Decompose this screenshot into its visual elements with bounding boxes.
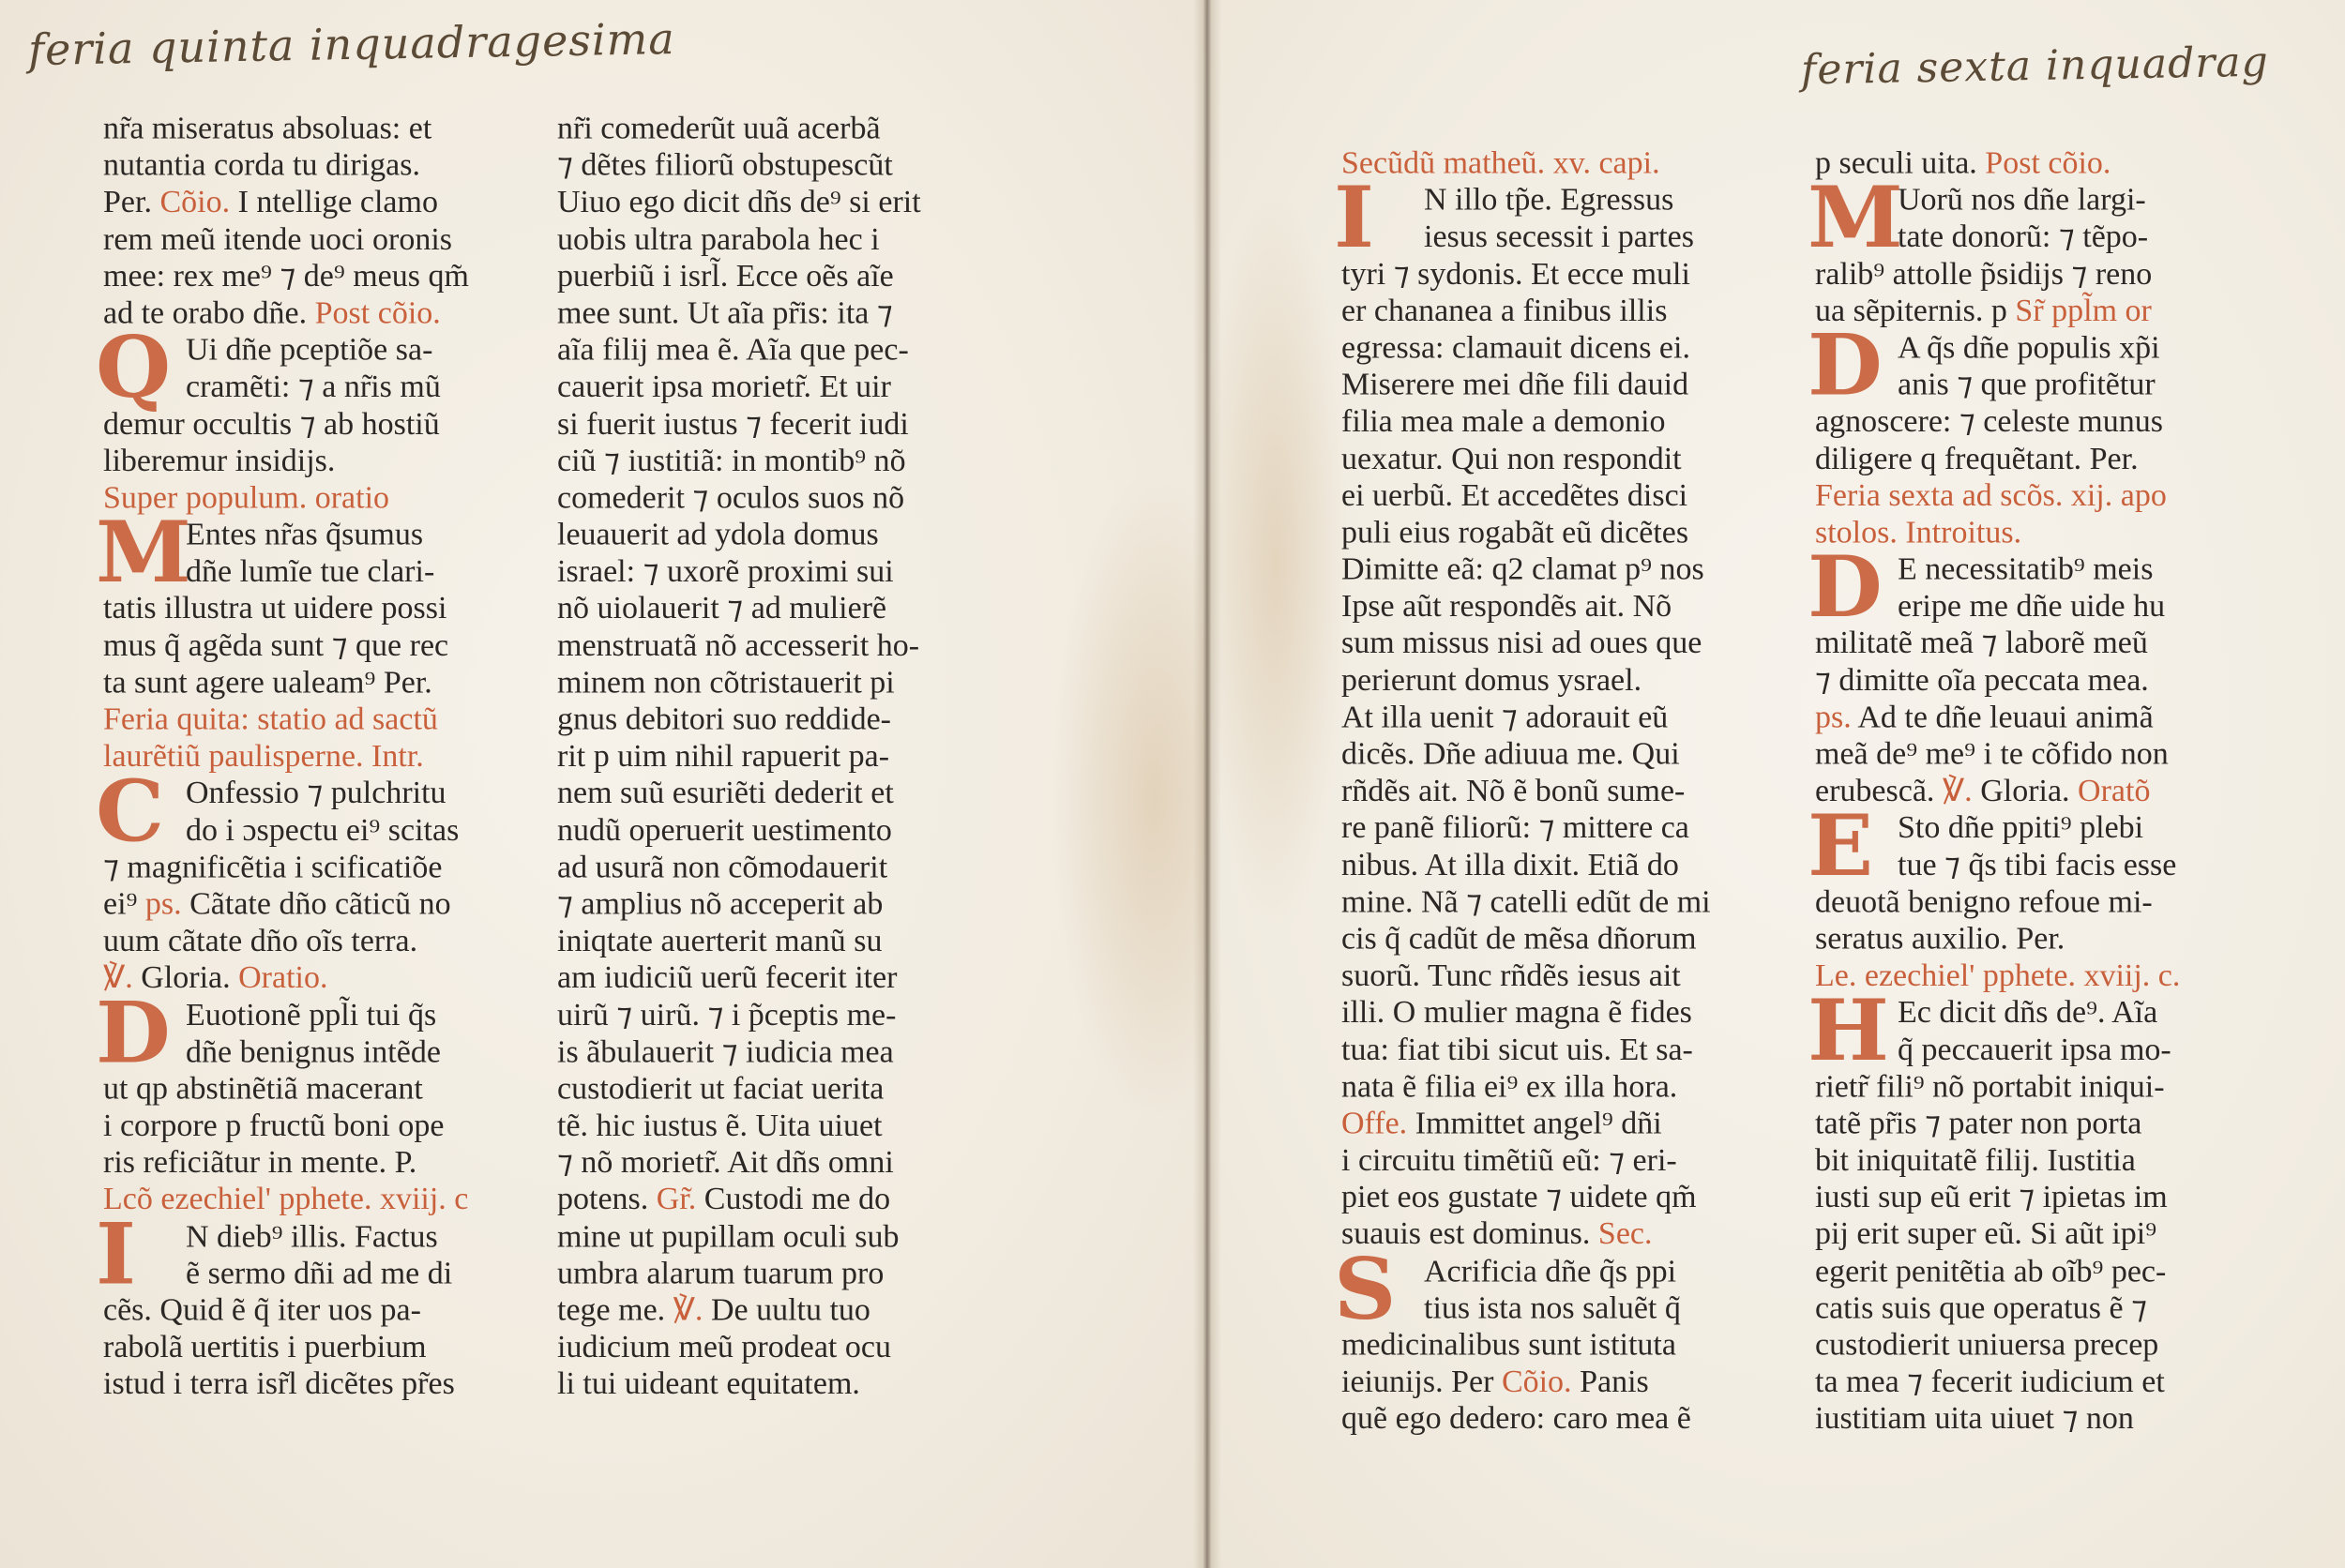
text-content: E necessitatib⁹ meis [1898,552,2153,586]
text-content: pij erit super eũ. Si aũt ipi⁹ [1815,1217,2156,1251]
text-content: tua: fiat tibi sicut uis. Et sa- [1341,1033,1693,1066]
text-content: gnus debitori suo reddide- [557,702,891,736]
text-content: i corpore p fructũ boni ope [103,1108,445,1142]
text-line: Sto dñe ppiti⁹ plebi [1815,810,2256,847]
text-line: uirũ ⁊ uirũ. ⁊ i p̃ceptis me- [557,997,1045,1033]
text-line: am iudiciũ uerũ fecerit iter [557,960,1045,997]
text-content: Miserere mei dñe fili dauid [1341,368,1688,401]
text-line: cis q̃ cadũt de mẽsa dñorum [1341,921,1782,957]
text-content: iesus secessit i partes [1424,220,1694,254]
text-line: mee: rex me⁹ ⁊ de⁹ meus qm̃ [103,259,535,295]
text-line: tatẽ pr̃is ⁊ pater non porta [1815,1106,2256,1142]
text-content: iniqtate auerterit manũ su [557,924,883,957]
water-stain [1201,188,1351,938]
decorated-initial: I [96,1217,136,1290]
text-line: Ipse aũt respondẽs ait. Nõ [1341,589,1782,626]
rubric-mark: ps. [145,887,182,921]
rubric-mark: Post cõio. [315,296,441,330]
text-content: Per. [103,186,152,219]
text-content: Immittet angel⁹ dñi [1415,1107,1662,1140]
text-line: nutantia corda tu dirigas. [103,147,535,184]
decorated-initial: S [1334,1252,1396,1325]
text-line: minem non cõtristauerit pi [557,665,1045,701]
text-line: mine. Nã ⁊ catelli edũt de mi [1341,884,1782,921]
text-content: leuauerit ad ydola domus [557,518,879,551]
text-line: nibus. At illa dixit. Etiã do [1341,847,1782,883]
rubric-mark: ps. [1815,701,1852,734]
text-content: rabolã uertitis i puerbium [103,1331,427,1364]
rubric-mark: Offe. [1341,1107,1407,1140]
text-line: iniqtate auerterit manũ su [557,924,1045,960]
text-content: nõ uiolauerit ⁊ ad mulierẽ [557,592,886,626]
text-line: ⁊ dẽtes filiorũ obstupescũt [557,147,1045,184]
text-line: israel: ⁊ uxorẽ proximi sui [557,554,1045,591]
text-line: i corpore p fructũ boni ope [103,1108,535,1144]
text-content: Sto dñe ppiti⁹ plebi [1898,811,2143,845]
text-content: N illo tp̃e. Egressus [1424,183,1673,217]
text-line: ciũ ⁊ iustitiã: in montib⁹ nõ [557,444,1045,480]
text-content: egerit penitẽtia ab oĩb⁹ pec- [1815,1255,2166,1289]
decorated-initial: D [1808,550,1883,623]
text-line: Per. Cõio. I ntellige clamo [103,185,535,221]
text-line: illi. O mulier magna ẽ fides [1341,995,1782,1032]
text-content: ⁊ nõ morietr̃. Ait dñs omni [557,1146,894,1180]
rubric-mark: Cõio. [1502,1365,1572,1399]
text-line: li tui uideant equitatem. [557,1366,1045,1403]
text-line: nr̃a miseratus absoluas: et [103,111,535,147]
text-content: tyri ⁊ sydonis. Et ecce muli [1341,257,1690,291]
text-content: is ãbulauerit ⁊ iudicia mea [557,1035,894,1069]
text-content: Uorũ nos dñe largi- [1898,183,2146,217]
decorated-initial: Q [96,330,171,403]
text-line: leuauerit ad ydola domus [557,517,1045,553]
text-content: Acrificia dñe q̃s ppi [1424,1255,1676,1289]
text-content: Ec dicit dñs de⁹. Aĩa [1898,996,2157,1030]
rubric-heading: Secũdũ matheũ. xv. capi. [1341,146,1660,180]
text-line: deuotã benigno refoue mi- [1815,884,2256,921]
text-content: ris reficiãtur in mente. P. [103,1146,416,1180]
text-line: mus q̃ agẽda sunt ⁊ que rec [103,627,535,664]
text-line: i circuitu timẽtiũ eũ: ⁊ eri- [1341,1142,1782,1179]
text-content: ⁊ amplius nõ acceperit ab [557,887,883,921]
text-line: ei uerbũ. Et accedẽtes disci [1341,478,1782,515]
text-content: N dieb⁹ illis. Factus [186,1220,438,1254]
text-content: tius ista nos saluẽt q̃ [1424,1291,1681,1325]
text-content: cis q̃ cadũt de mẽsa dñorum [1341,922,1697,956]
text-content: do i ɔspectu ei⁹ scitas [186,813,459,847]
text-content: nata ẽ filia ei⁹ ex illa hora. [1341,1070,1677,1104]
text-line: tius ista nos saluẽt q̃ [1341,1290,1782,1327]
text-content: nem suũ esuriẽti dederit et [557,776,894,810]
text-content: israel: ⁊ uxorẽ proximi sui [557,555,894,589]
text-content: quẽ ego dedero: caro mea ẽ [1341,1402,1691,1436]
rubric-mark: Sr̃ ppl̃m or [2015,294,2151,328]
rubric-heading: Feria quita: statio ad sactũ [103,702,438,736]
rubric-mark: Oratio. [238,961,327,995]
text-content: ⁊ dimitte oĩa peccata mea. [1815,663,2149,697]
text-column-right-1: Secũdũ matheũ. xv. capi.N illo tp̃e. Egr… [1341,145,1782,1438]
text-content: nr̃a miseratus absoluas: et [103,112,431,145]
text-content: Ad te dñe leuaui animã [1857,701,2153,734]
text-content: Panis [1580,1365,1649,1399]
text-line: Offe. Immittet angel⁹ dñi [1341,1106,1782,1142]
rubric-mark: ℣. [1943,775,1973,808]
text-content: Dimitte eã: q2 clamat p⁹ nos [1341,552,1704,586]
text-content: iusti sup eũ erit ⁊ ipietas im [1815,1181,2168,1214]
text-content: re panẽ filiorũ: ⁊ mittere ca [1341,811,1689,845]
text-line: puerbiũ i isrl̃. Ecce oẽs aĩe [557,259,1045,295]
rubric-mark: ℣. [673,1293,703,1327]
text-content: aĩa filij mea ẽ. Aĩa que pec- [557,333,909,367]
text-line: nudũ operuerit uestimento [557,812,1045,849]
text-content: iudicium meũ prodeat ocu [557,1331,891,1364]
text-line: cẽs. Quid ẽ q̃ iter uos pa- [103,1292,535,1329]
text-content: umbra alarum tuarum pro [557,1257,884,1290]
text-content: meã de⁹ me⁹ i te cõfido non [1815,737,2169,771]
text-line: pij erit super eũ. Si aũt ipi⁹ [1815,1216,2256,1253]
text-content: nutantia corda tu dirigas. [103,148,420,182]
text-line: iudicium meũ prodeat ocu [557,1330,1045,1366]
text-content: rem meũ itende uoci oronis [103,222,452,256]
text-line: piet eos gustate ⁊ uidete qm̃ [1341,1180,1782,1216]
decorated-initial: M [96,515,191,588]
text-line: er chananea a finibus illis [1341,294,1782,330]
text-content: mee: rex me⁹ ⁊ de⁹ meus qm̃ [103,260,469,294]
text-line: ei⁹ ps. Cãtate dño cãticũ no [103,886,535,923]
text-line: si fuerit iustus ⁊ fecerit iudi [557,406,1045,443]
text-line: rem meũ itende uoci oronis [103,221,535,258]
text-line: ps. Ad te dñe leuaui animã [1815,700,2256,736]
text-column-left-1: nr̃a miseratus absoluas: etnutantia cord… [103,111,535,1403]
text-line: quẽ ego dedero: caro mea ẽ [1341,1401,1782,1438]
text-content: menstruatã nõ accesserit ho- [557,628,919,662]
text-line: erubescã. ℣. Gloria. Oratõ [1815,774,2256,810]
text-line: menstruatã nõ accesserit ho- [557,627,1045,664]
text-content: At illa uenit ⁊ adorauit eũ [1341,701,1668,734]
text-line: egerit penitẽtia ab oĩb⁹ pec- [1815,1254,2256,1290]
text-line: Feria sexta ad scõs. xij. apo [1815,478,2256,515]
text-line: medicinalibus sunt istituta [1341,1327,1782,1364]
text-content: liberemur insidijs. [103,444,335,477]
text-line: mee sunt. Ut aĩa pr̃is: ita ⁊ [557,295,1045,332]
text-line: nata ẽ filia ei⁹ ex illa hora. [1341,1069,1782,1106]
text-line: Miserere mei dñe fili dauid [1341,367,1782,403]
text-content: mus q̃ agẽda sunt ⁊ que rec [103,628,448,662]
rubric-mark: Oratõ [2078,775,2150,808]
text-content: Euotionẽ ppl̃i tui q̃s [186,998,436,1032]
text-line: suorũ. Tunc rñdẽs iesus ait [1341,958,1782,995]
rubric-heading: Lcõ ezechiel' pphete. xviij. c [103,1183,468,1216]
text-line: seratus auxilio. Per. [1815,921,2256,957]
text-line: uum cãtate dño oĩs terra. [103,924,535,960]
text-content: custodierit ut faciat uerita [557,1072,884,1106]
text-line: iustitiam uita uiuet ⁊ non [1815,1401,2256,1438]
text-line: ẽ sermo dñi ad me di [103,1256,535,1292]
text-line: aĩa filij mea ẽ. Aĩa que pec- [557,332,1045,369]
text-content: Ipse aũt respondẽs ait. Nõ [1341,590,1672,624]
text-line: iesus secessit i partes [1341,219,1782,256]
text-line: filia mea male a demonio [1341,404,1782,441]
text-line: custodierit ut faciat uerita [557,1071,1045,1108]
text-content: mine. Nã ⁊ catelli edũt de mi [1341,885,1711,919]
text-content: mee sunt. Ut aĩa pr̃is: ita ⁊ [557,296,893,330]
rubric-mark: Sec. [1598,1217,1653,1251]
text-content: uum cãtate dño oĩs terra. [103,924,417,957]
text-content: bit iniquitatẽ filij. Iustitia [1815,1143,2136,1177]
text-line: re panẽ filiorũ: ⁊ mittere ca [1341,810,1782,847]
text-line: Feria quita: statio ad sactũ [103,701,535,738]
text-content: rit p uim nihil rapuerit pa- [557,740,889,774]
text-content: dicẽs. Dñe adiuua me. Qui [1341,737,1680,771]
text-line: tege me. ℣. De uultu tuo [557,1292,1045,1329]
text-content: iustitiam uita uiuet ⁊ non [1815,1402,2134,1436]
text-line: is ãbulauerit ⁊ iudicia mea [557,1034,1045,1071]
text-line: Onfessio ⁊ pulchritu [103,776,535,812]
text-content: ad usurã non cõmodauerit [557,851,887,884]
text-content: cẽs. Quid ẽ q̃ iter uos pa- [103,1293,421,1327]
text-line: Dimitte eã: q2 clamat p⁹ nos [1341,551,1782,588]
text-content: rñdẽs ait. Nõ ẽ bonũ sume- [1341,775,1685,808]
rubric-mark: Cõio. [159,186,230,219]
text-line: nem suũ esuriẽti dederit et [557,776,1045,812]
text-content: ta sunt agere ualeam⁹ Per. [103,666,432,700]
text-content: cramẽti: ⁊ a nr̃is mũ [186,370,441,404]
rubric-mark: Gr̃. [657,1183,697,1216]
text-line: Lcõ ezechiel' pphete. xviij. c [103,1182,535,1218]
text-line: nõ uiolauerit ⁊ ad mulierẽ [557,591,1045,627]
text-column-right-2: p seculi uita. Post cõio.Uorũ nos dñe la… [1815,145,2256,1438]
text-content: tate donorũ: ⁊ tẽpo- [1898,220,2148,254]
text-content: filia mea male a demonio [1341,405,1666,439]
text-content: am iudiciũ uerũ fecerit iter [557,961,898,995]
text-content: comederit ⁊ oculos suos nõ [557,481,904,515]
text-content: De uultu tuo [711,1293,870,1327]
text-line: suauis est dominus. Sec. [1341,1216,1782,1253]
text-content: li tui uideant equitatem. [557,1367,860,1401]
text-content: catis suis que operatus ẽ ⁊ [1815,1291,2147,1325]
text-line: rit p uim nihil rapuerit pa- [557,739,1045,776]
text-line: Uiuo ego dicit dñs de⁹ si erit [557,185,1045,221]
text-content: puli eius rogabãt eũ dicẽtes [1341,516,1688,550]
text-content: seratus auxilio. Per. [1815,922,2065,956]
text-content: diligere q frequẽtant. Per. [1815,442,2139,475]
decorated-initial: H [1808,993,1889,1066]
text-content: mine ut pupillam oculi sub [557,1220,900,1254]
text-line: istud i terra isr̃l dicẽtes pr̃es [103,1366,535,1403]
text-line: diligere q frequẽtant. Per. [1815,441,2256,477]
text-line: mine ut pupillam oculi sub [557,1219,1045,1256]
text-content: minem non cõtristauerit pi [557,666,895,700]
text-content: istud i terra isr̃l dicẽtes pr̃es [103,1367,455,1401]
text-content: uirũ ⁊ uirũ. ⁊ i p̃ceptis me- [557,998,896,1032]
handwritten-heading-left: feria quinta inquadragesima [28,13,676,75]
text-line: catis suis que operatus ẽ ⁊ [1815,1290,2256,1327]
text-content: tue ⁊ q̃s tibi facis esse [1898,848,2176,882]
text-content: Onfessio ⁊ pulchritu [186,776,446,810]
text-line: At illa uenit ⁊ adorauit eũ [1341,700,1782,736]
text-line: tue ⁊ q̃s tibi facis esse [1815,847,2256,883]
decorated-initial: D [96,996,171,1069]
text-content: Entes nr̃as q̃sumus [186,518,423,551]
text-content: dñe benignus intẽde [186,1035,441,1069]
text-content: Gloria. [1980,775,2069,808]
text-line: Secũdũ matheũ. xv. capi. [1341,145,1782,182]
text-line: gnus debitori suo reddide- [557,701,1045,738]
text-line: tua: fiat tibi sicut uis. Et sa- [1341,1032,1782,1068]
text-line: potens. Gr̃. Custodi me do [557,1182,1045,1218]
text-line: umbra alarum tuarum pro [557,1256,1045,1292]
decorated-initial: D [1808,328,1883,401]
text-line: ⁊ dimitte oĩa peccata mea. [1815,662,2256,699]
handwritten-heading-right: feria sexta inquadrag [1801,38,2270,95]
text-line: cauerit ipsa morietr̃. Et uir [557,369,1045,406]
text-line: Acrificia dñe q̃s ppi [1341,1254,1782,1290]
text-line: tẽ. hic iustus ẽ. Uita uiuet [557,1108,1045,1144]
text-line: laurẽtiũ paulisperne. Intr. [103,739,535,776]
text-column-left-2: nr̃i comederũt uuã acerbã⁊ dẽtes filiorũ… [557,111,1045,1403]
text-content: uexatur. Qui non respondit [1341,442,1682,475]
text-content: anis ⁊ que profitẽtur [1898,368,2156,401]
book-gutter [1193,0,1221,1568]
text-content: Cãtate dño cãticũ no [189,887,451,921]
rubric-heading: Feria sexta ad scõs. xij. apo [1815,478,2167,512]
text-content: potens. [557,1183,648,1216]
text-content: ieiunijs. Per [1341,1365,1493,1399]
text-line: N dieb⁹ illis. Factus [103,1219,535,1256]
decorated-initial: E [1808,808,1873,882]
text-content: ⁊ dẽtes filiorũ obstupescũt [557,148,893,182]
text-content: q̃ peccauerit ipsa mo- [1898,1033,2171,1066]
text-line: do i ɔspectu ei⁹ scitas [103,812,535,849]
text-content: Ui dñe pceptiõe sa- [186,333,432,367]
text-content: tege me. [557,1293,665,1327]
decorated-initial: M [1808,180,1903,253]
text-content: nr̃i comederũt uuã acerbã [557,112,881,145]
text-line: meã de⁹ me⁹ i te cõfido non [1815,736,2256,773]
text-content: Custodi me do [704,1183,890,1216]
text-line: custodierit uniuersa precep [1815,1327,2256,1364]
text-content: A q̃s dñe populis xp̃i [1898,331,2160,365]
decorated-initial: I [1334,180,1374,253]
decorated-initial: C [96,774,164,847]
text-content: si fuerit iustus ⁊ fecerit iudi [557,407,909,441]
text-line: ris reficiãtur in mente. P. [103,1145,535,1182]
text-line: ad usurã non cõmodauerit [557,850,1045,886]
text-line: uobis ultra parabola hec i [557,221,1045,258]
text-content: ta mea ⁊ fecerit iudicium et [1815,1365,2165,1399]
text-content: I ntellige clamo [238,186,438,219]
text-line: iusti sup eũ erit ⁊ ipietas im [1815,1180,2256,1216]
text-content: cauerit ipsa morietr̃. Et uir [557,370,891,404]
text-content: illi. O mulier magna ẽ fides [1341,996,1692,1030]
text-line: ⁊ nõ morietr̃. Ait dñs omni [557,1145,1045,1182]
text-content: uobis ultra parabola hec i [557,222,880,256]
text-line: N illo tp̃e. Egressus [1341,182,1782,219]
text-line: puli eius rogabãt eũ dicẽtes [1341,515,1782,551]
text-content: custodierit uniuersa precep [1815,1328,2158,1362]
text-content: ẽ sermo dñi ad me di [186,1257,452,1290]
text-line: liberemur insidijs. [103,444,535,480]
text-line: ta sunt agere ualeam⁹ Per. [103,665,535,701]
text-line: sum missus nisi ad oues que [1341,626,1782,662]
text-content: sum missus nisi ad oues que [1341,626,1702,660]
text-content: piet eos gustate ⁊ uidete qm̃ [1341,1181,1697,1214]
text-content: egressa: clamauit dicens ei. [1341,331,1690,365]
text-content: ei uerbũ. Et accedẽtes disci [1341,478,1687,512]
text-content: Uiuo ego dicit dñs de⁹ si erit [557,186,921,219]
text-line: nr̃i comederũt uuã acerbã [557,111,1045,147]
text-line: rabolã uertitis i puerbium [103,1330,535,1366]
text-content: i circuitu timẽtiũ eũ: ⁊ eri- [1341,1143,1677,1177]
text-content: perierunt domus ysrael. [1341,663,1641,697]
text-line: ieiunijs. Per Cõio. Panis [1341,1364,1782,1401]
text-content: nibus. At illa dixit. Etiã do [1341,848,1679,882]
text-line: ta mea ⁊ fecerit iudicium et [1815,1364,2256,1401]
text-line: comederit ⁊ oculos suos nõ [557,480,1045,517]
text-line: ⁊ amplius nõ acceperit ab [557,886,1045,923]
text-line: perierunt domus ysrael. [1341,662,1782,699]
text-content: puerbiũ i isrl̃. Ecce oẽs aĩe [557,260,894,294]
text-content: dñe lumĩe tue clari- [186,555,434,589]
text-line: rñdẽs ait. Nõ ẽ bonũ sume- [1341,774,1782,810]
text-content: suorũ. Tunc rñdẽs iesus ait [1341,958,1681,992]
text-content: er chananea a finibus illis [1341,294,1667,328]
text-content: eripe me dñe uide hu [1898,590,2165,624]
text-line: uexatur. Qui non respondit [1341,441,1782,477]
text-content: ciũ ⁊ iustitiã: in montib⁹ nõ [557,444,906,477]
text-line: egressa: clamauit dicens ei. [1341,330,1782,367]
text-content: tatẽ pr̃is ⁊ pater non porta [1815,1107,2141,1140]
text-line: tyri ⁊ sydonis. Et ecce muli [1341,256,1782,293]
text-content: nudũ operuerit uestimento [557,813,892,847]
text-content: ei⁹ [103,887,137,921]
text-line: bit iniquitatẽ filij. Iustitia [1815,1142,2256,1179]
rubric-mark: Post cõio. [1985,146,2110,180]
text-line: ⁊ magnificẽtia i scificatiõe [103,850,535,886]
text-content: tẽ. hic iustus ẽ. Uita uiuet [557,1108,883,1142]
text-line: dicẽs. Dñe adiuua me. Qui [1341,736,1782,773]
